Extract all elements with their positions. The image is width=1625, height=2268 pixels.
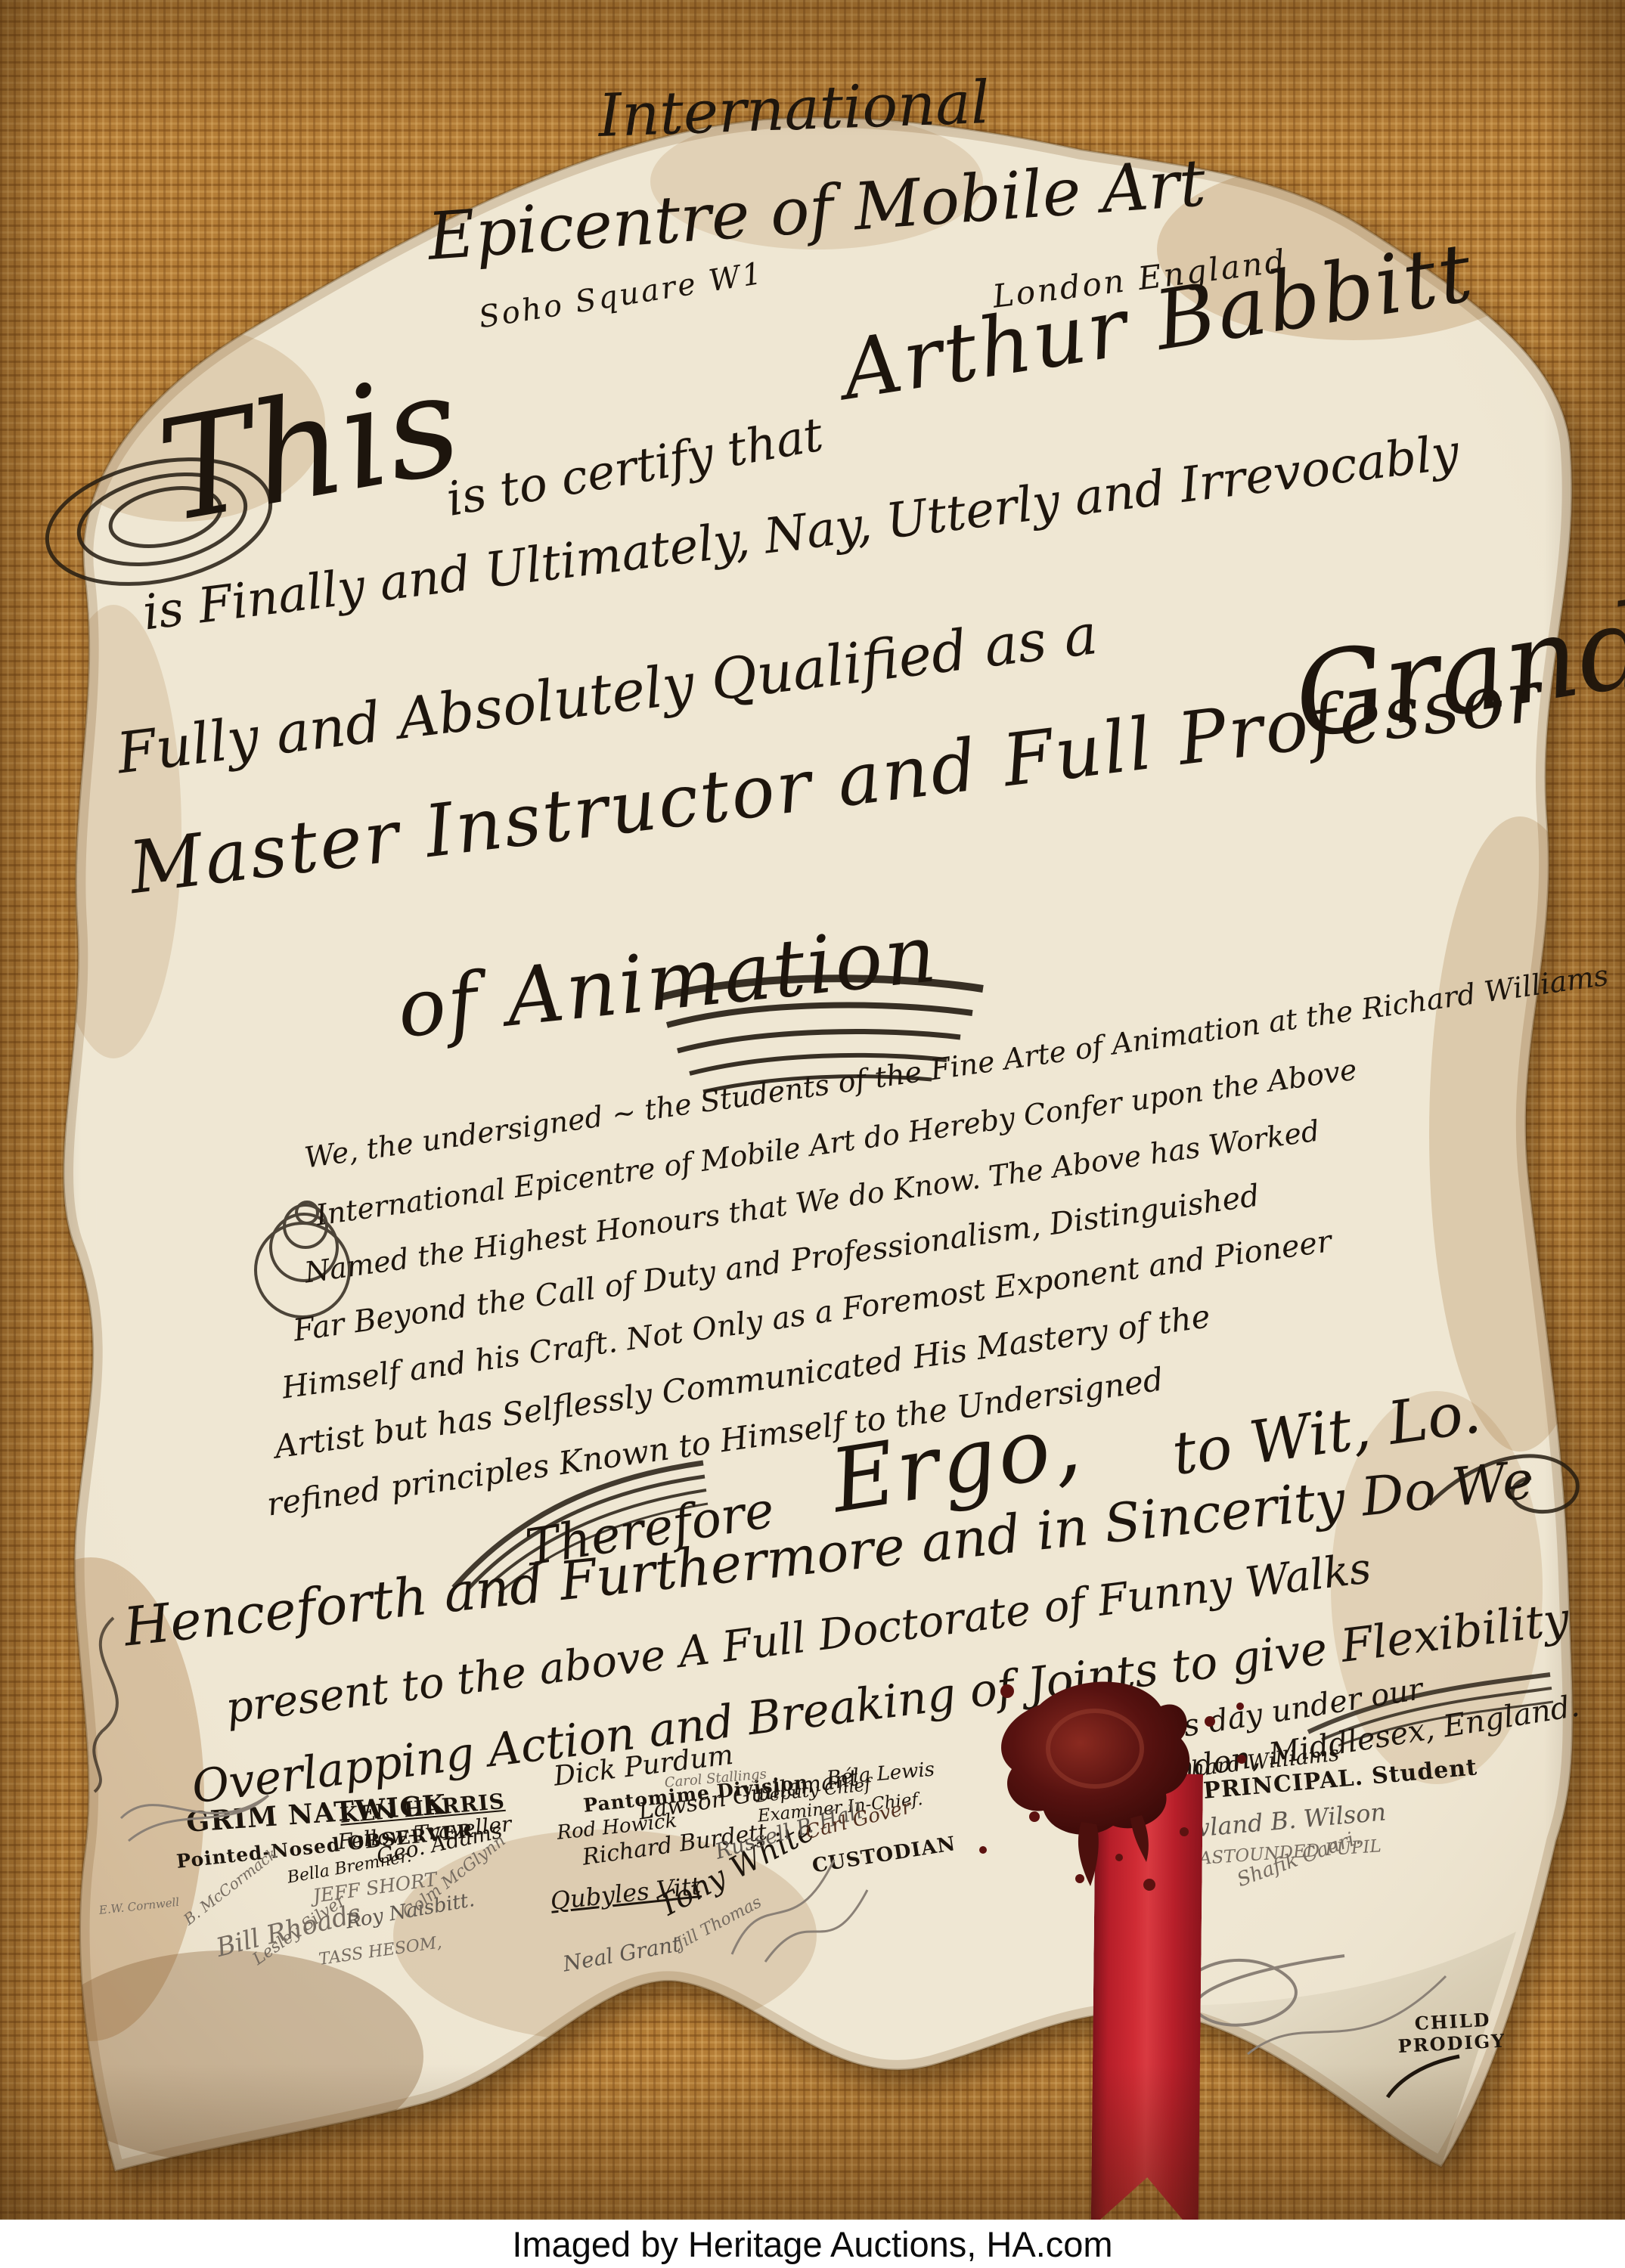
stamp-swash — [1376, 2050, 1467, 2103]
signature-scribble — [113, 1773, 276, 1848]
caption-bar: Imaged by Heritage Auctions, HA.com — [0, 2220, 1625, 2268]
caption-text: Imaged by Heritage Auctions, HA.com — [512, 2223, 1112, 2265]
wax-seal — [968, 1659, 1301, 1909]
certificate-photo: International Epicentre of Mobile Art So… — [0, 0, 1625, 2268]
signature-scribble — [758, 1875, 875, 1977]
coil-flourish — [227, 1149, 386, 1323]
